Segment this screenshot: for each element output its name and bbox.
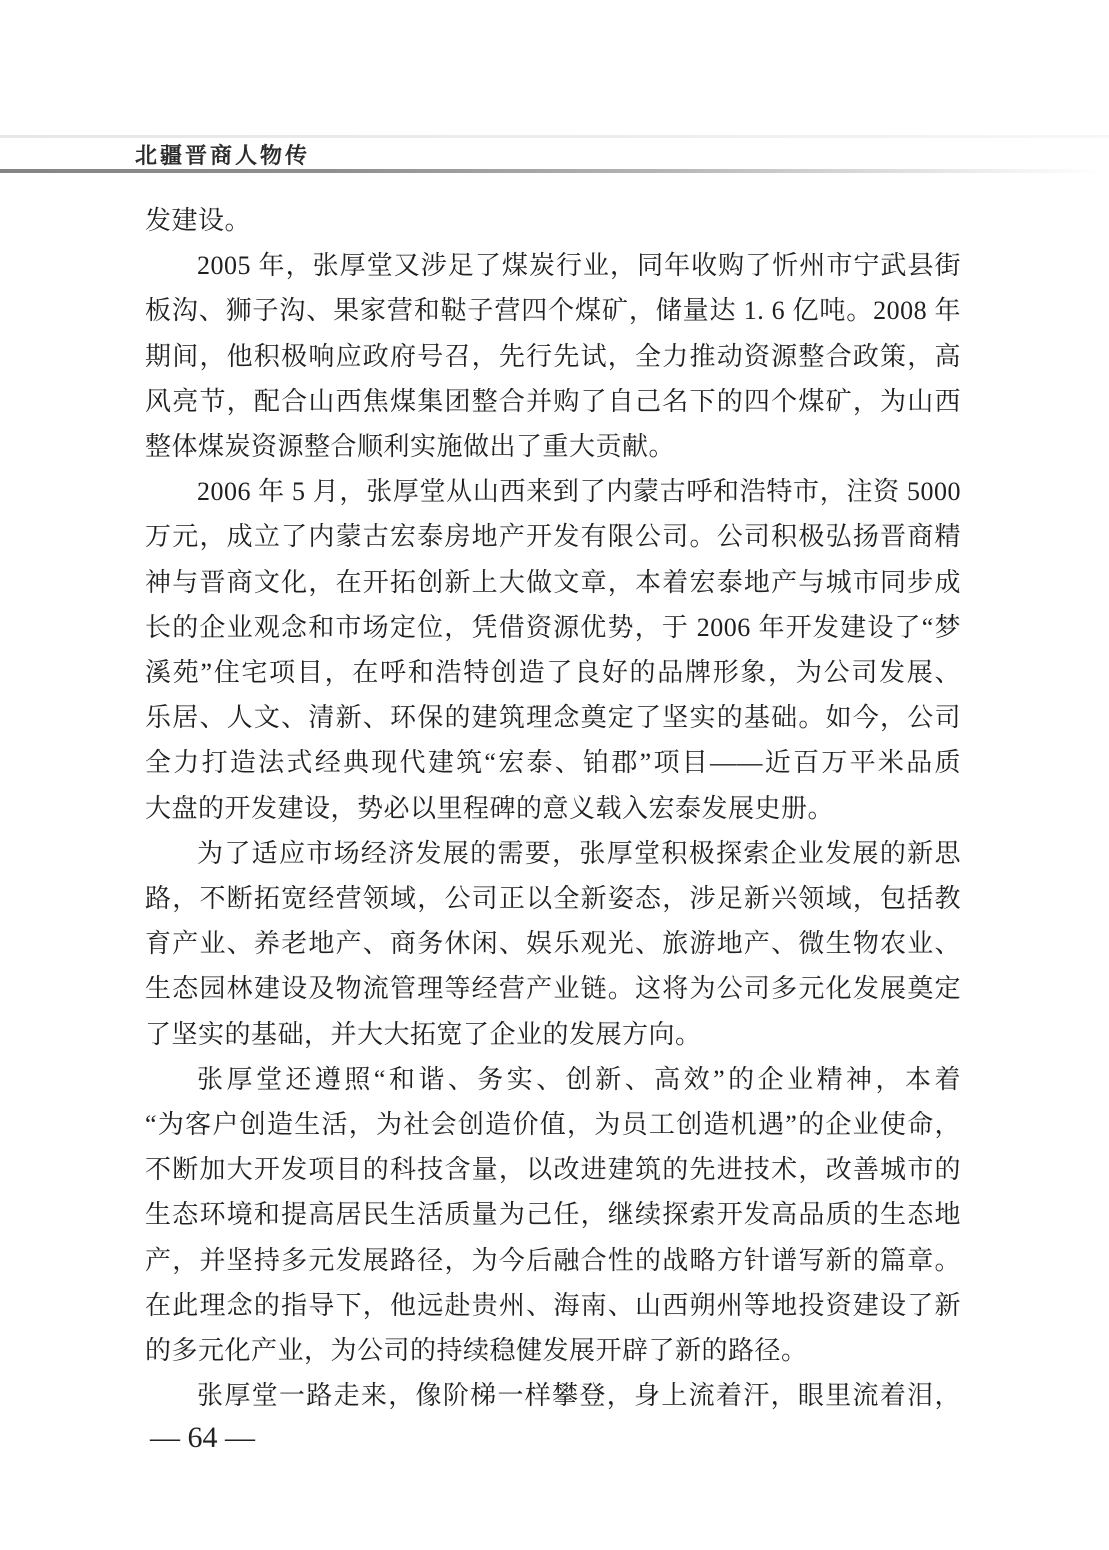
- text-line: 长的企业观念和市场定位，凭借资源优势，于 2006 年开发建设了“梦: [145, 605, 961, 650]
- text-line: 育产业、养老地产、商务休闲、娱乐观光、旅游地产、微生物农业、: [145, 921, 961, 966]
- text-line: 张厚堂一路走来，像阶梯一样攀登，身上流着汗，眼里流着泪，: [145, 1373, 961, 1418]
- text-line: 不断加大开发项目的科技含量，以改进建筑的先进技术，改善城市的: [145, 1147, 961, 1192]
- text-line: 产，并坚持多元发展路径，为今后融合性的战略方针谱写新的篇章。: [145, 1238, 961, 1283]
- text-line: 2005 年，张厚堂又涉足了煤炭行业，同年收购了忻州市宁武县街: [145, 243, 961, 288]
- text-line: 万元，成立了内蒙古宏泰房地产开发有限公司。公司积极弘扬晋商精: [145, 514, 961, 559]
- book-page: 北疆晋商人物传 发建设。2005 年，张厚堂又涉足了煤炭行业，同年收购了忻州市宁…: [0, 0, 1109, 1550]
- text-line: 路，不断拓宽经营领域，公司正以全新姿态，涉足新兴领域，包括教: [145, 876, 961, 921]
- text-line: 为了适应市场经济发展的需要，张厚堂积极探索企业发展的新思: [145, 831, 961, 876]
- page-number: — 64 —: [150, 1421, 255, 1455]
- text-line: 期间，他积极响应政府号召，先行先试，全力推动资源整合政策，高: [145, 334, 961, 379]
- text-line: 生态环境和提高居民生活质量为己任，继续探索开发高品质的生态地: [145, 1192, 961, 1237]
- text-line: 板沟、狮子沟、果家营和鞑子营四个煤矿，储量达 1. 6 亿吨。2008 年: [145, 288, 961, 333]
- text-line: 张厚堂还遵照“和谐、务实、创新、高效”的企业精神，本着: [145, 1057, 961, 1102]
- text-line: 发建设。: [145, 198, 961, 243]
- text-line: 风亮节，配合山西焦煤集团整合并购了自己名下的四个煤矿，为山西: [145, 379, 961, 424]
- text-line: 全力打造法式经典现代建筑“宏泰、铂郡”项目——近百万平米品质: [145, 740, 961, 785]
- text-line: 乐居、人文、清新、环保的建筑理念奠定了坚实的基础。如今，公司: [145, 695, 961, 740]
- running-header-title: 北疆晋商人物传: [135, 139, 310, 170]
- text-line: 了坚实的基础，并大大拓宽了企业的发展方向。: [145, 1012, 961, 1057]
- header-rule-divider: [0, 169, 1101, 173]
- header-top-divider: [0, 135, 1109, 138]
- body-text: 发建设。2005 年，张厚堂又涉足了煤炭行业，同年收购了忻州市宁武县街板沟、狮子…: [145, 198, 961, 1418]
- text-line: 溪苑”住宅项目，在呼和浩特创造了良好的品牌形象，为公司发展、: [145, 650, 961, 695]
- text-line: 神与晋商文化，在开拓创新上大做文章，本着宏泰地产与城市同步成: [145, 560, 961, 605]
- text-line: 生态园林建设及物流管理等经营产业链。这将为公司多元化发展奠定: [145, 966, 961, 1011]
- text-line: “为客户创造生活，为社会创造价值，为员工创造机遇”的企业使命，: [145, 1102, 961, 1147]
- text-line: 大盘的开发建设，势必以里程碑的意义载入宏泰发展史册。: [145, 786, 961, 831]
- text-line: 的多元化产业，为公司的持续稳健发展开辟了新的路径。: [145, 1328, 961, 1373]
- text-line: 整体煤炭资源整合顺利实施做出了重大贡献。: [145, 424, 961, 469]
- text-line: 在此理念的指导下，他远赴贵州、海南、山西朔州等地投资建设了新: [145, 1283, 961, 1328]
- text-line: 2006 年 5 月，张厚堂从山西来到了内蒙古呼和浩特市，注资 5000: [145, 469, 961, 514]
